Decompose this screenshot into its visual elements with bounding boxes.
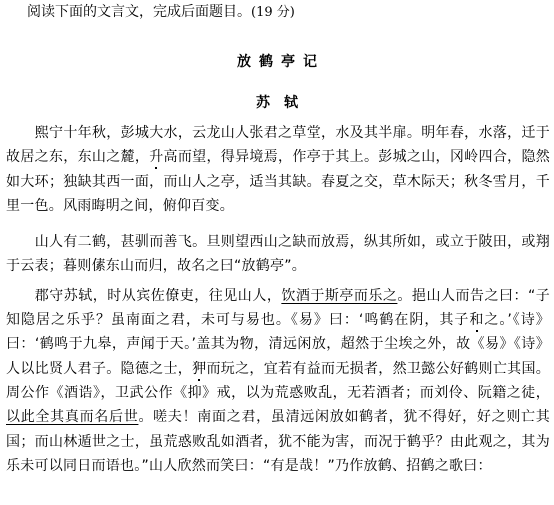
question-instruction: 阅读下面的文言文，完成后面题目。 [27,4,251,20]
essay-title: 放鹤亭记 [0,51,554,71]
essay-author: 苏轼 [0,92,554,112]
paragraph-3: 郡守苏轼，时从宾佐僚吏，往见山人，饮酒于斯亭而乐之。挹山人而告之曰：“子知隐居之… [6,284,550,478]
emphasized-character: 升 [149,149,163,165]
question-header: 阅读下面的文言文，完成后面题目。(19 分) [27,2,295,23]
paragraph-text: 山人有二鹤，甚驯而善飞。旦则望西山之缺而放焉，纵其所如，或立于陂田，或翔于云表；… [6,234,550,274]
underlined-sentence: 饮酒于斯亭而乐之 [281,288,397,304]
paragraph-text: 郡守苏轼，时从宾佐僚吏，往见山人， [35,288,282,304]
underlined-sentence: 以此全其真而名后世 [6,409,138,425]
emphasized-character: 和 [469,312,484,328]
essay-body: 熙宁十年秋，彭城大水，云龙山人张君之草堂，水及其半扉。明年春，水落，迁于故居之东… [6,121,550,478]
paragraph-1: 熙宁十年秋，彭城大水，云龙山人张君之草堂，水及其半扉。明年春，水落，迁于故居之东… [6,121,550,218]
question-score: (19 分) [251,5,295,20]
paragraph-2: 山人有二鹤，甚驯而善飞。旦则望西山之缺而放焉，纵其所如，或立于陂田，或翔于云表；… [6,230,550,279]
emphasized-character: 狎 [192,361,206,377]
